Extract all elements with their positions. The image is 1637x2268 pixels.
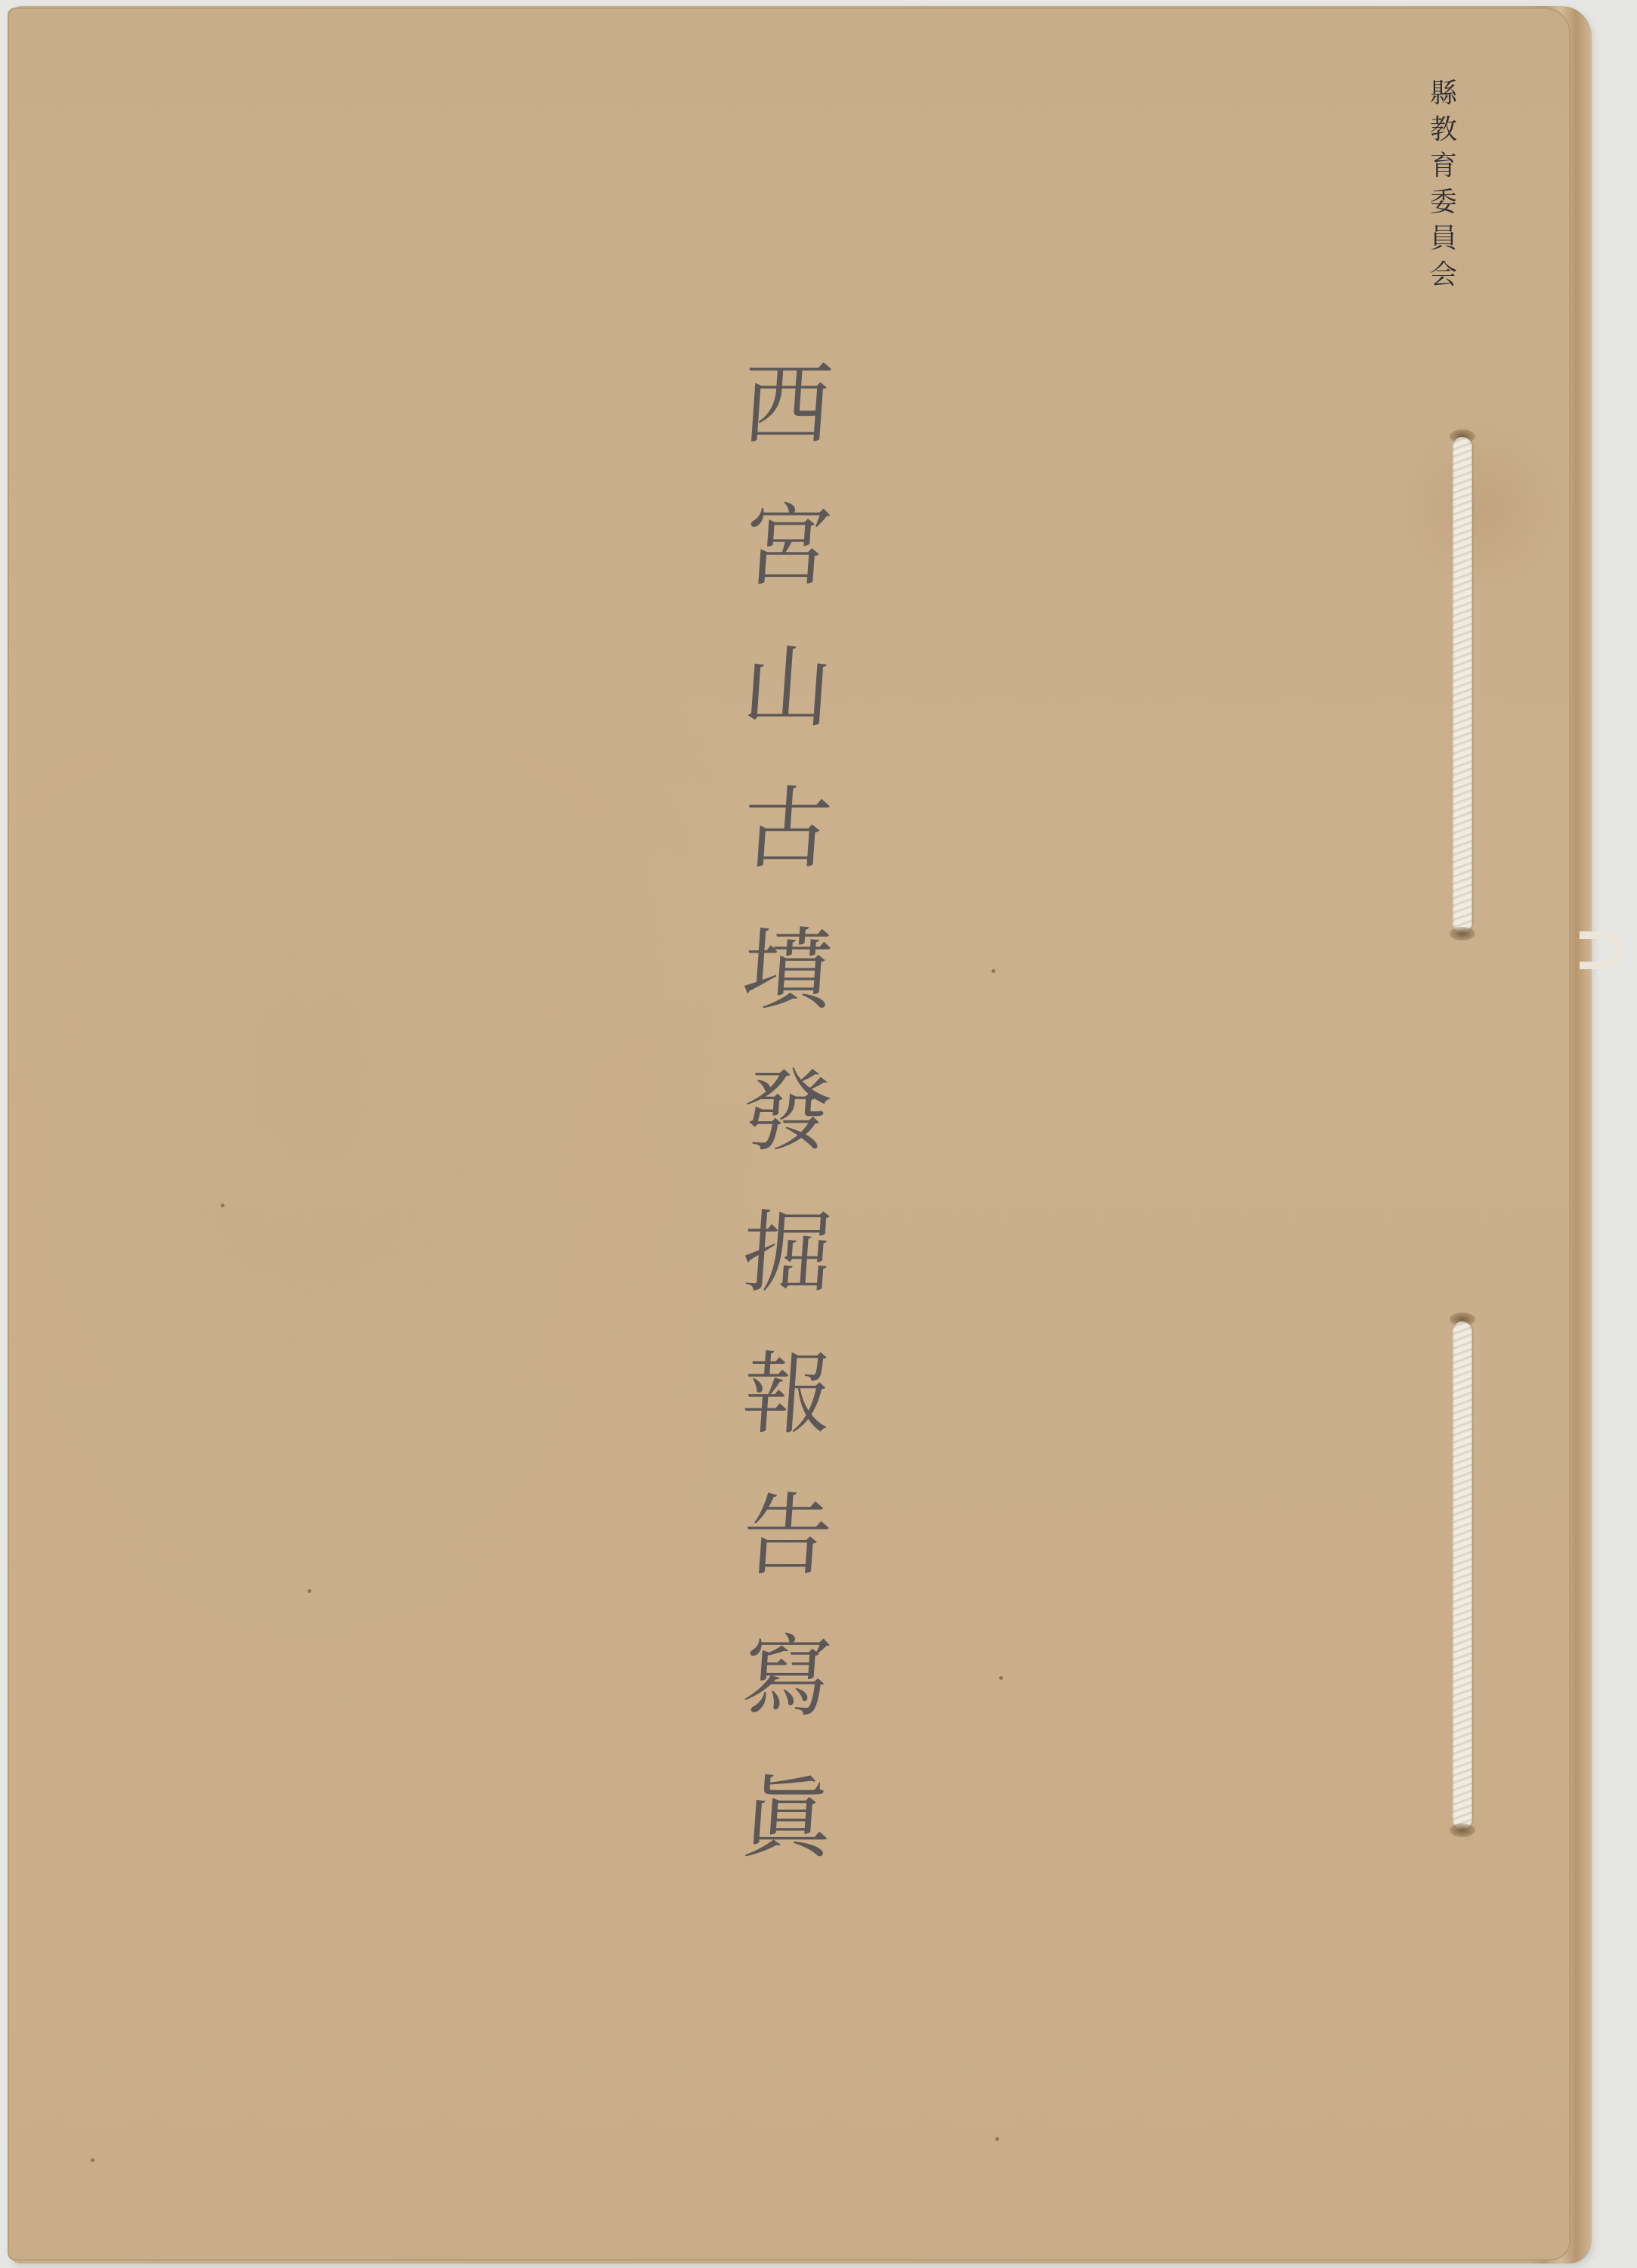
- paper-speck: [992, 969, 995, 973]
- annotation-char: 員: [1430, 221, 1457, 257]
- document-cover: 縣 教 育 委 員 会 西 宮 山 古 墳 發 掘 報 告 寫 眞: [8, 8, 1570, 2260]
- paper-speck: [999, 1676, 1003, 1680]
- annotation-char: 教: [1430, 112, 1457, 148]
- annotation-char: 会: [1430, 257, 1457, 293]
- paper-speck: [91, 2158, 94, 2162]
- binding-hole-bottom: [1450, 927, 1475, 940]
- annotation-column: 縣 教 育 委 員 会: [1421, 76, 1466, 293]
- binding-cord-lower: [1453, 1321, 1472, 1830]
- title-char: 眞: [738, 1748, 837, 1889]
- title-column: 西 宮 山 古 墳 發 掘 報 告 寫 眞: [712, 334, 863, 1889]
- binding-cord-upper: [1453, 437, 1472, 933]
- binding-cord-loop: [1580, 931, 1623, 969]
- title-char: 告: [738, 1465, 837, 1606]
- title-char: 掘: [738, 1182, 837, 1324]
- annotation-char: 委: [1430, 184, 1457, 221]
- title-char: 宮: [738, 476, 837, 617]
- title-char: 墳: [738, 900, 837, 1041]
- title-char: 發: [738, 1041, 837, 1182]
- title-char: 寫: [738, 1606, 837, 1748]
- title-char: 古: [738, 758, 837, 900]
- paper-speck: [221, 1204, 224, 1207]
- paper-speck: [308, 1589, 311, 1593]
- title-char: 西: [738, 334, 837, 476]
- paper-speck: [995, 2137, 999, 2141]
- annotation-char: 縣: [1430, 76, 1457, 112]
- title-char: 報: [738, 1324, 837, 1465]
- binding-hole-bottom: [1450, 1823, 1475, 1837]
- title-char: 山: [738, 617, 837, 758]
- annotation-char: 育: [1430, 148, 1457, 184]
